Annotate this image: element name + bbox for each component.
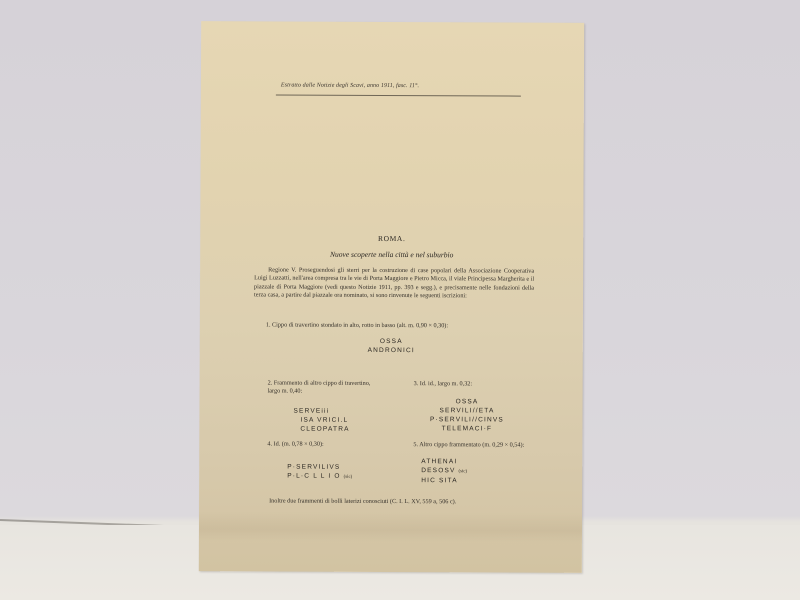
- document-subtitle: Nuove scoperte nella città e nel suburbi…: [200, 249, 583, 260]
- item-4-caption: 4. Id. (m. 0,78 × 0,30):: [253, 440, 373, 449]
- item-3-caption: 3. Id. id., largo m. 0,32:: [400, 380, 535, 389]
- item-5: 5. Altro cippo frammentato (m. 0,29 × 0,…: [399, 441, 534, 486]
- item-4-inscription: P·SERVILIVS P·L·C L L I O (sic): [253, 463, 373, 483]
- item-5-inscription: ATHENAI DESOSV (sic) HIC SITA: [399, 457, 534, 486]
- intro-paragraph: Regione V. Proseguendosi gli sterri per …: [254, 266, 534, 300]
- footer-note: Inoltre due frammenti di bolli laterizi …: [269, 497, 539, 505]
- item-3: 3. Id. id., largo m. 0,32: OSSA SERVILI/…: [399, 380, 534, 434]
- item-5-caption: 5. Altro cippo frammentato (m. 0,29 × 0,…: [399, 441, 534, 450]
- header-note: Estratto dalle Notizie degli Scavi, anno…: [281, 83, 521, 90]
- inscription-line: ATHENAI: [421, 457, 534, 466]
- inscription-line: CLEOPATRA: [293, 424, 373, 433]
- item-2-caption: 2. Frammento di altro cippo di travertin…: [254, 379, 374, 396]
- item-2-inscription: SERVEiii ISA VRICI.L CLEOPATRA: [253, 406, 373, 434]
- item-4: 4. Id. (m. 0,78 × 0,30): P·SERVILIVS P·L…: [253, 440, 373, 482]
- document-page: Estratto dalle Notizie degli Scavi, anno…: [199, 21, 584, 573]
- inscription-line: TELEMACI·F: [399, 424, 534, 434]
- item-1-caption: 1. Cippo di travertino stondato in alto,…: [266, 321, 536, 329]
- sic-note: (sic): [344, 475, 353, 480]
- item-2: 2. Frammento di altro cippo di travertin…: [253, 379, 373, 433]
- document-title: ROMA.: [200, 233, 583, 244]
- inscription-line: P·SERVILIVS: [287, 463, 373, 472]
- inscription-line: DESOSV: [421, 467, 455, 474]
- inscription-line: HIC SITA: [421, 476, 534, 485]
- item-3-inscription: OSSA SERVILI//ETA P·SERVILI//CINVS TELEM…: [399, 397, 534, 434]
- inscription-line: ANDRONICI: [200, 345, 583, 356]
- inscription-line: P·L·C L L I O: [287, 473, 340, 480]
- inscription-line: SERVEiii: [293, 406, 373, 415]
- item-1-inscription: OSSA ANDRONICI: [200, 336, 583, 356]
- sic-note: (sic): [459, 470, 468, 475]
- inscription-line: ISA VRICI.L: [293, 415, 373, 424]
- header-rule: [276, 94, 521, 96]
- intro-text: Regione V. Proseguendosi gli sterri per …: [254, 266, 534, 299]
